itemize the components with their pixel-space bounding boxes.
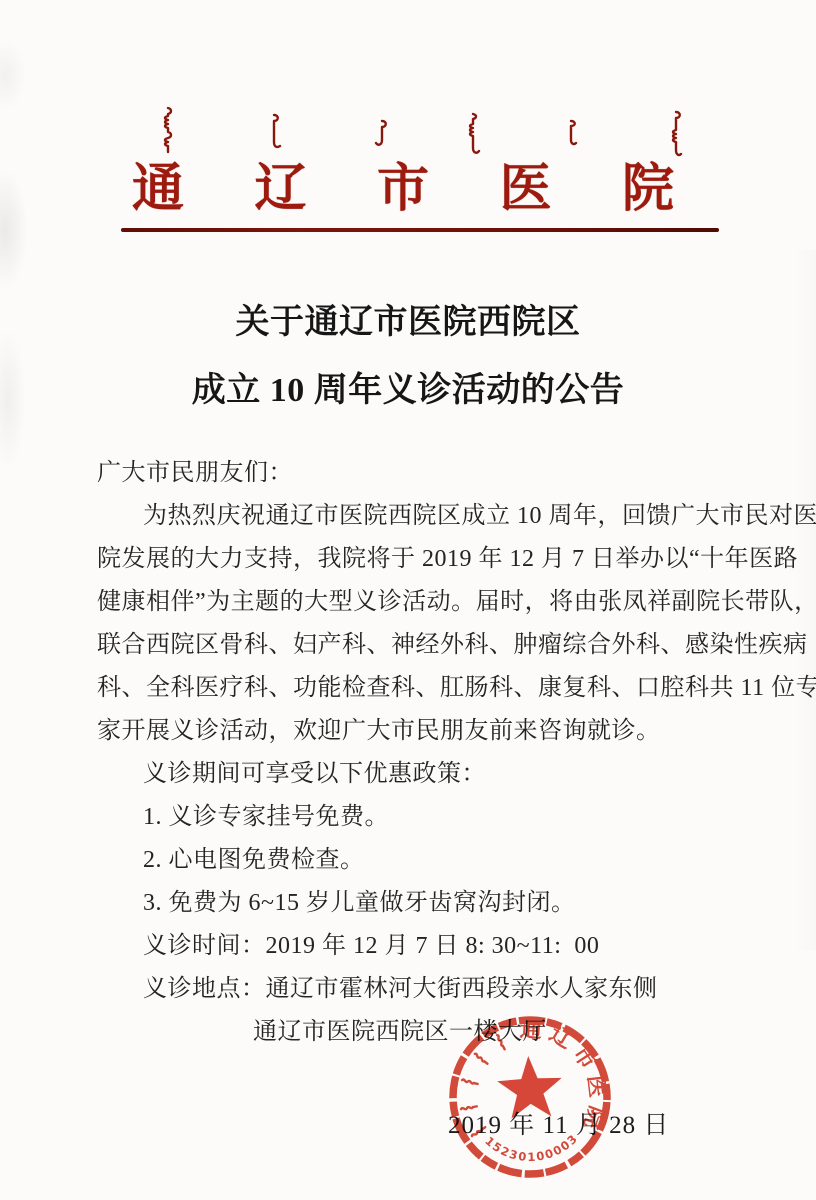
mongolian-script-icon [265, 112, 283, 152]
body-line: 联合西院区骨科、妇产科、神经外科、肿瘤综合外科、感染性疾病 [97, 624, 757, 667]
body-line: 广大市民朋友们： [97, 452, 757, 495]
official-seal: 通辽市医院 1523010000328 [425, 992, 635, 1200]
body-line: 家开展义诊活动，欢迎广大市民朋友前来咨询就诊。 [97, 710, 757, 753]
letterhead-mongolian-row [0, 0, 816, 160]
mongolian-script-icon [159, 106, 177, 154]
body-line: 1. 义诊专家挂号免费。 [97, 796, 757, 839]
body-line: 2. 心电图免费检查。 [97, 839, 757, 882]
seal-mongolian-mark [496, 1035, 505, 1050]
hospital-name: 通辽市医院 [132, 160, 674, 222]
seal-mongolian-mark [461, 1106, 477, 1110]
notice-title-line-2: 成立 10 周年义诊活动的公告 [0, 371, 816, 411]
seal-mongolian-mark [471, 1126, 485, 1136]
scan-smudge [0, 170, 28, 290]
hospital-name-char: 医 [499, 160, 551, 220]
seal-mongolian-mark [474, 1053, 488, 1064]
letterhead-rule [121, 228, 719, 232]
mongolian-script-icon [464, 112, 482, 156]
hospital-name-char: 辽 [254, 160, 306, 220]
star-icon [496, 1054, 564, 1119]
body-line: 3. 免费为 6~15 岁儿童做牙齿窝沟封闭。 [97, 882, 757, 925]
mongolian-script-icon [667, 110, 685, 158]
seal-mongolian-mark [462, 1079, 478, 1085]
body-line: 健康相伴”为主题的大型义诊活动。届时，将由张凤祥副院长带队， [97, 581, 757, 624]
body-line: 义诊时间：2019 年 12 月 7 日 8: 30~11: 00 [97, 925, 757, 968]
body-line: 科、全科医疗科、功能检查科、肛肠科、康复科、口腔科共 11 位专 [97, 667, 757, 710]
body-line: 院发展的大力支持，我院将于 2019 年 12 月 7 日举办以“十年医路 [97, 538, 757, 581]
hospital-name-char: 通 [132, 160, 184, 220]
mongolian-script-icon [373, 118, 391, 148]
scanned-notice-page: 通辽市医院 关于通辽市医院西院区 成立 10 周年义诊活动的公告 广大市民朋友们… [0, 0, 816, 1200]
body-line: 为热烈庆祝通辽市医院西院区成立 10 周年，回馈广大市民对医 [97, 495, 757, 538]
hospital-name-char: 市 [377, 160, 429, 220]
mongolian-script-icon [562, 118, 580, 148]
body-line: 义诊期间可享受以下优惠政策： [97, 753, 757, 796]
hospital-name-char: 院 [622, 160, 674, 220]
notice-body: 广大市民朋友们：为热烈庆祝通辽市医院西院区成立 10 周年，回馈广大市民对医院发… [97, 452, 757, 1054]
notice-title-line-1: 关于通辽市医院西院区 [0, 303, 816, 343]
